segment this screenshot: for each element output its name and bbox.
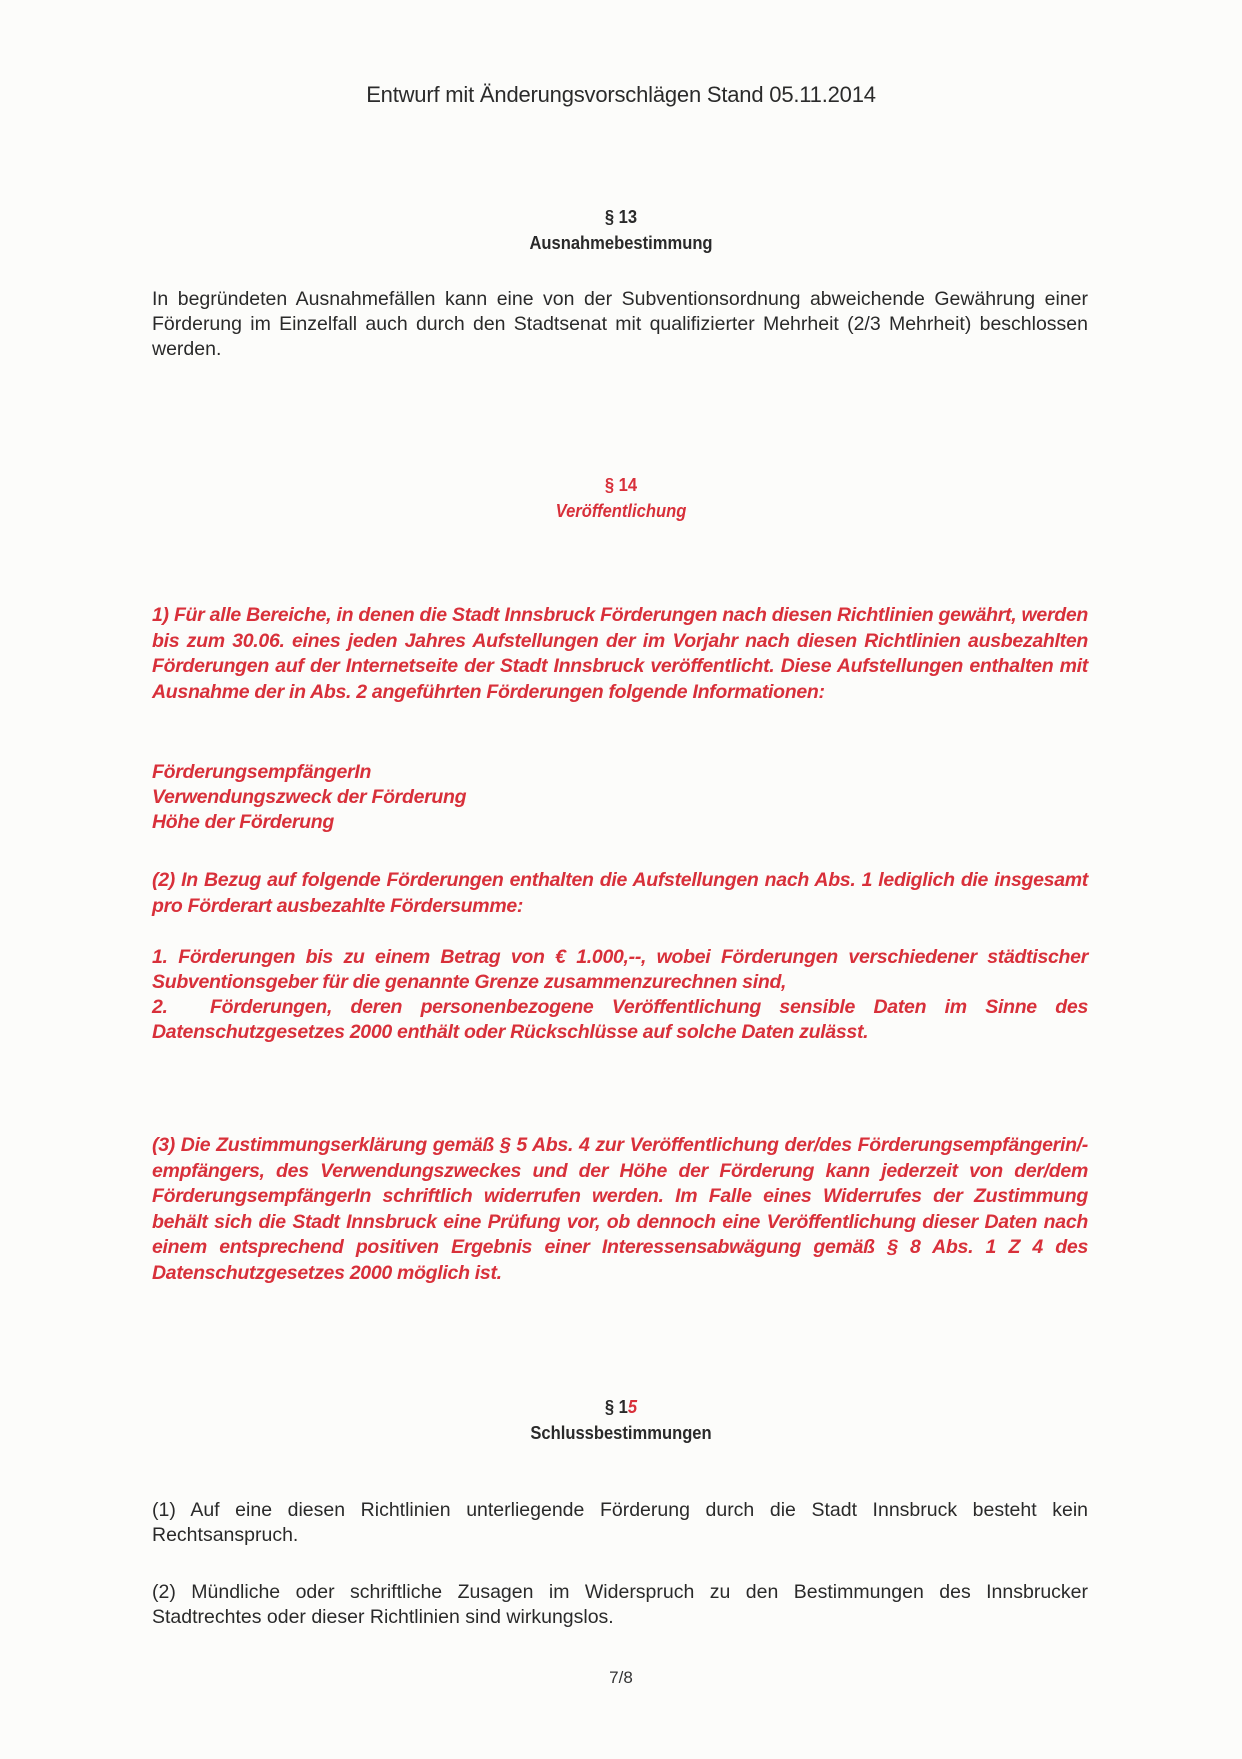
section-14-number: § 14 [50, 472, 1193, 498]
info-list-item: FörderungsempfängerIn [152, 760, 1088, 785]
section-14-heading: § 14 Veröffentlichung [50, 472, 1193, 524]
section-14-paragraph-3: (3) Die Zustimmungserklärung gemäß § 5 A… [152, 1133, 1088, 1286]
section-15-heading: § 15 Schlussbestimmungen [50, 1394, 1193, 1446]
paragraph-text: (2) In Bezug auf folgende Förderungen en… [152, 868, 1088, 919]
paragraph-text: (2) Mündliche oder schriftliche Zusagen … [152, 1580, 1088, 1630]
section-15-paragraph-1: (1) Auf eine diesen Richtlinien unterlie… [152, 1498, 1088, 1548]
paragraph-text: (1) Auf eine diesen Richtlinien unterlie… [152, 1498, 1088, 1548]
section-15-number: § 15 [50, 1394, 1193, 1420]
numbered-item-2: 2.Förderungen, deren personenbezogene Ve… [152, 995, 1088, 1045]
section-number-changed-digit: 5 [628, 1397, 637, 1417]
paragraph-text: (3) Die Zustimmungserklärung gemäß § 5 A… [152, 1133, 1088, 1286]
section-14-title: Veröffentlichung [50, 498, 1193, 524]
section-13-body: In begründeten Ausnahmefällen kann eine … [152, 287, 1088, 362]
numbered-item-1: 1. Förderungen bis zu einem Betrag von €… [152, 945, 1088, 995]
item-text: Förderungen bis zu einem Betrag von € 1.… [152, 946, 1088, 993]
section-14-paragraph-2: (2) In Bezug auf folgende Förderungen en… [152, 868, 1088, 919]
item-number: 2. [152, 995, 210, 1020]
section-13-paragraph: In begründeten Ausnahmefällen kann eine … [152, 287, 1088, 362]
info-list-item: Verwendungszweck der Förderung [152, 785, 1088, 810]
section-15-paragraph-2: (2) Mündliche oder schriftliche Zusagen … [152, 1580, 1088, 1630]
section-13-number: § 13 [50, 204, 1193, 230]
item-text: Förderungen, deren personenbezogene Verö… [152, 996, 1088, 1043]
paragraph-text: 1) Für alle Bereiche, in denen die Stadt… [152, 603, 1088, 705]
document-header: Entwurf mit Änderungsvorschlägen Stand 0… [0, 82, 1242, 108]
section-14-paragraph-1: 1) Für alle Bereiche, in denen die Stadt… [152, 603, 1088, 705]
section-15-title: Schlussbestimmungen [50, 1420, 1193, 1446]
info-list-item: Höhe der Förderung [152, 810, 1088, 835]
page-number: 7/8 [0, 1668, 1242, 1688]
section-number-prefix: § 1 [605, 1397, 628, 1417]
section-14-info-list: FörderungsempfängerIn Verwendungszweck d… [152, 760, 1088, 835]
section-13-heading: § 13 Ausnahmebestimmung [50, 204, 1193, 256]
item-number: 1. [152, 946, 168, 968]
document-page: Entwurf mit Änderungsvorschlägen Stand 0… [0, 0, 1242, 1759]
section-14-numbered-list: 1. Förderungen bis zu einem Betrag von €… [152, 945, 1088, 1045]
section-13-title: Ausnahmebestimmung [50, 230, 1193, 256]
